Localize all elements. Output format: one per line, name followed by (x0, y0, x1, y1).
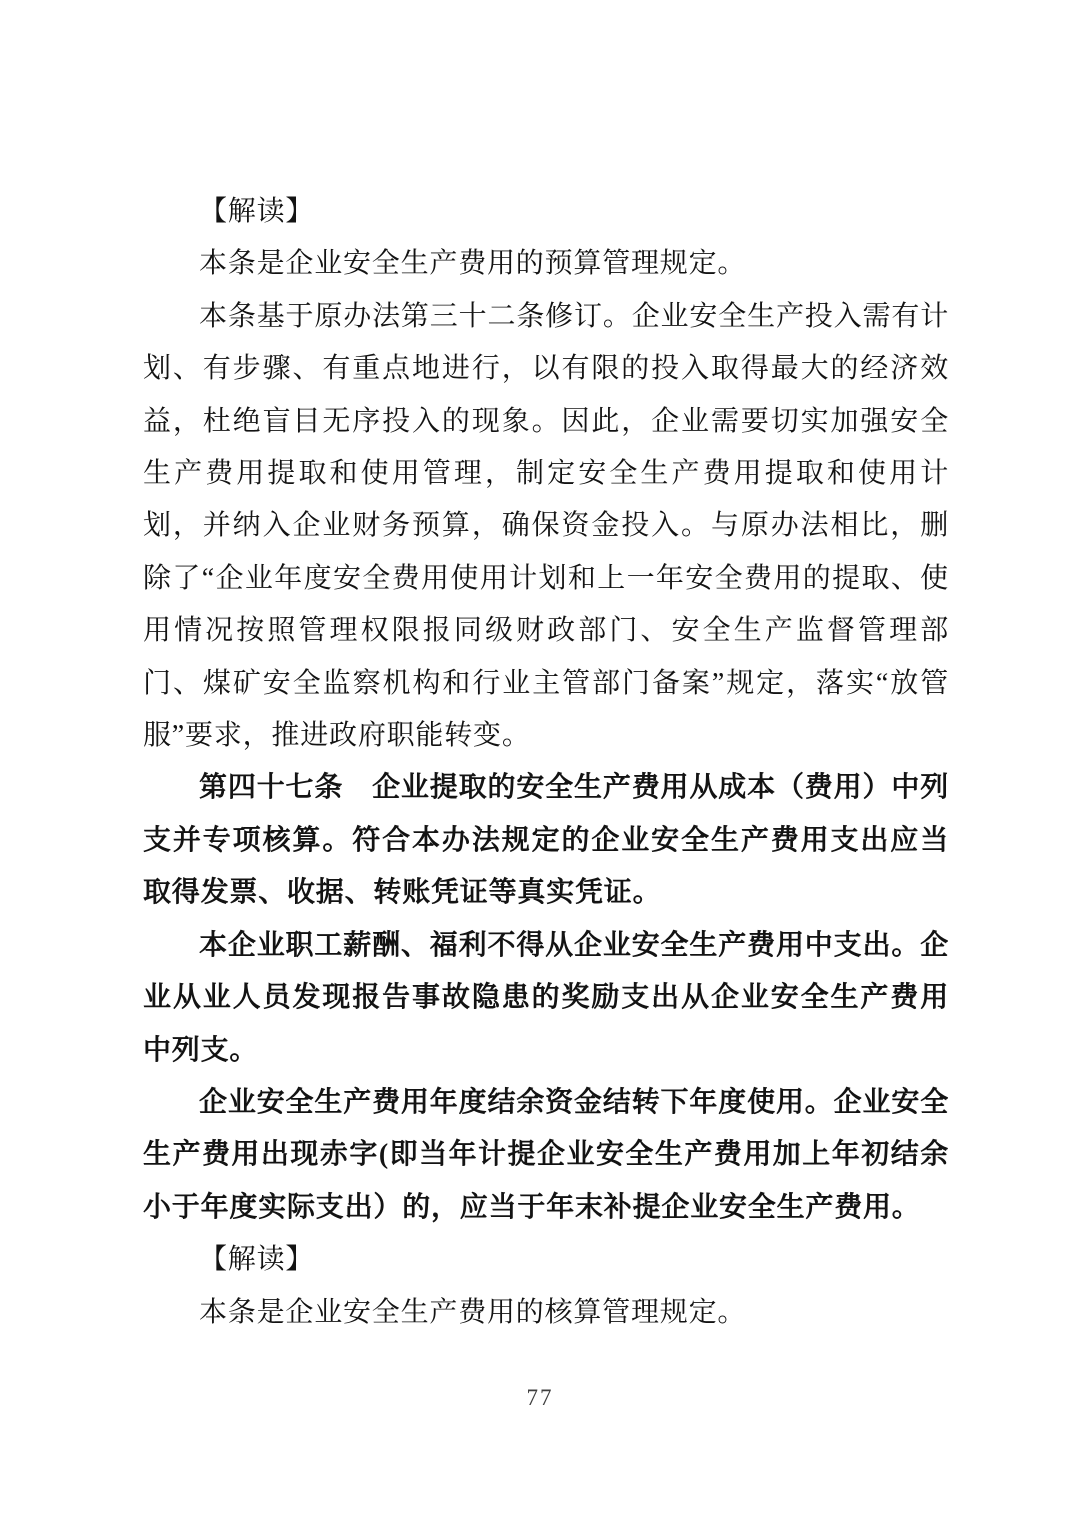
interpretation-body: 本条基于原办法第三十二条修订。企业安全生产投入需有计划、有步骤、有重点地进行，以… (143, 291, 949, 763)
article-47-paragraph-1: 第四十七条 企业提取的安全生产费用从成本（费用）中列支并专项核算。符合本办法规定… (143, 762, 949, 919)
interpretation-heading: 【解读】 (143, 186, 949, 238)
page-number: 77 (0, 1385, 1080, 1411)
interpretation-summary: 本条是企业安全生产费用的预算管理规定。 (143, 238, 949, 290)
article-47-paragraph-3: 企业安全生产费用年度结余资金结转下年度使用。企业安全生产费用出现赤字(即当年计提… (143, 1077, 949, 1234)
document-body: 【解读】 本条是企业安全生产费用的预算管理规定。 本条基于原办法第三十二条修订。… (143, 186, 949, 1339)
interpretation-heading-2: 【解读】 (143, 1234, 949, 1286)
interpretation-summary-2: 本条是企业安全生产费用的核算管理规定。 (143, 1287, 949, 1339)
article-47-paragraph-2: 本企业职工薪酬、福利不得从企业安全生产费用中支出。企业从业人员发现报告事故隐患的… (143, 920, 949, 1077)
document-page: 【解读】 本条是企业安全生产费用的预算管理规定。 本条基于原办法第三十二条修订。… (0, 0, 1080, 1527)
